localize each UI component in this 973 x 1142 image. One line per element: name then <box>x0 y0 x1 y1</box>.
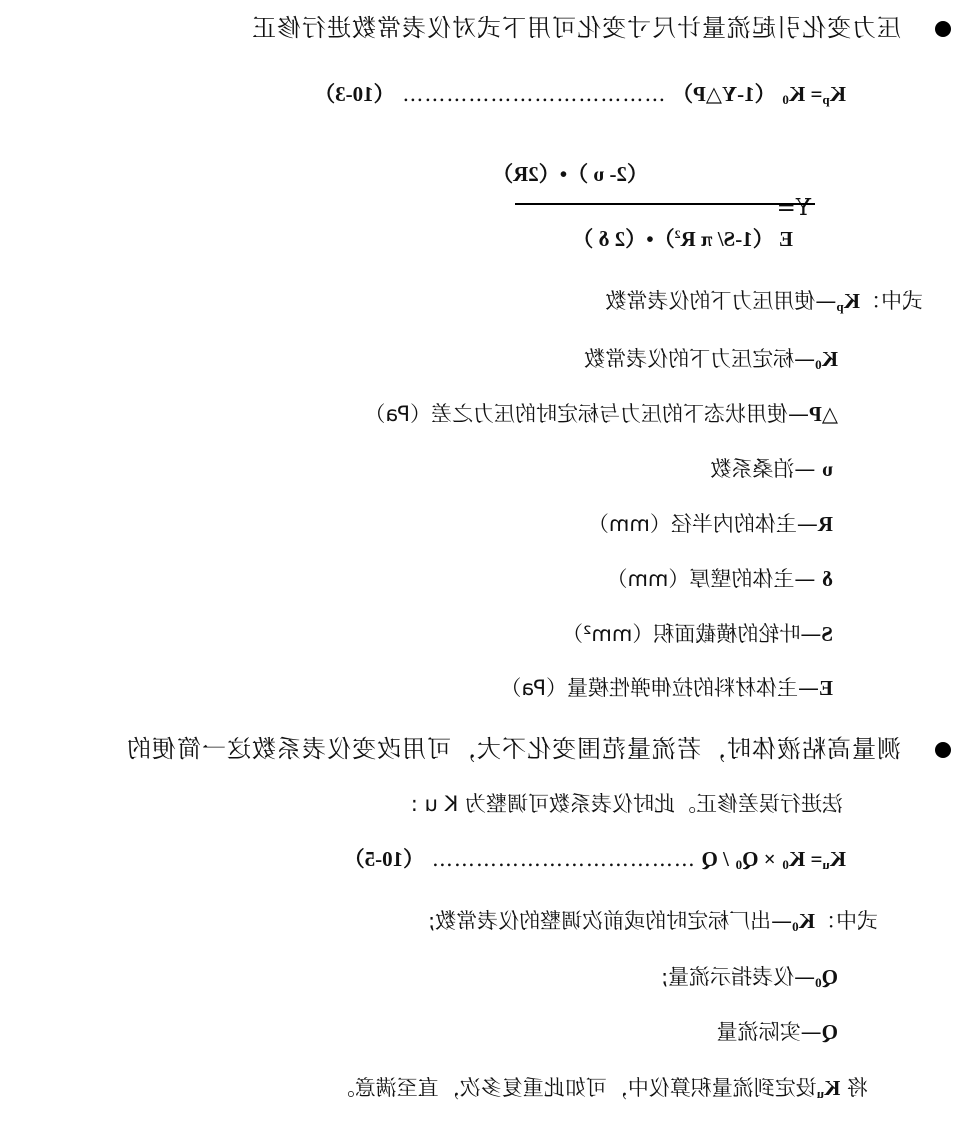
formula-k0-sub: 0 <box>782 92 789 107</box>
def-symbol: △P <box>809 402 838 426</box>
closing-symbol: K <box>824 1076 840 1100</box>
def-symbol: υ <box>822 457 833 481</box>
definition2-k0: 式中：K0—出厂标定时的或前次调整的仪表常数; <box>428 907 878 941</box>
section1-bullet-text: 压力变化引起流量计尺寸变化可用下式对仪表常数进行修正 <box>251 14 901 42</box>
def-desc: —实际流量 <box>717 1020 822 1044</box>
def-symbol: R <box>818 512 833 536</box>
def-symbol: E <box>819 676 833 700</box>
definition-s: S—叶轮的横截面积（mm²） <box>562 620 833 648</box>
def-desc: —主体的内半径（mm） <box>588 512 818 536</box>
formula-10-3: Kp= K0 （1-Y△P） ……………………………… （10-3） <box>314 80 846 114</box>
formula-number: （10-5） <box>344 847 425 871</box>
formula-y-numerator: （2- υ ）•（2R） <box>492 160 648 188</box>
formula-ku: K <box>830 847 846 871</box>
formula-q: / Q <box>702 847 729 871</box>
definition-r: R—主体的内半径（mm） <box>588 510 833 538</box>
denominator-suffix: ）•（2 δ ） <box>572 227 674 251</box>
section2-bullet-line2: 法进行误差修正。此时仪表系数可调整为 K u : <box>411 790 843 818</box>
fraction-line <box>515 203 815 205</box>
bullet-icon <box>935 21 951 37</box>
def-sub: p <box>836 299 843 314</box>
formula-q0: × Q <box>742 847 776 871</box>
def-symbol: S <box>821 622 833 646</box>
def-desc: —泊桑系数 <box>710 457 822 481</box>
def-desc: —使用压力下的仪表常数 <box>605 289 836 313</box>
definition2-q0: Q0—仪表指示流量; <box>661 963 838 997</box>
bullet-icon <box>935 742 951 758</box>
def-desc: —仪表指示流量; <box>661 965 815 989</box>
formula-number: （10-3） <box>314 82 395 106</box>
mirrored-document-page: 压力变化引起流量计尺寸变化可用下式对仪表常数进行修正 Kp= K0 （1-Y△P… <box>0 0 973 1142</box>
closing-text: 设定到流量积算仪中，可如此重复多次，直至满意。 <box>334 1076 817 1100</box>
def-symbol: K <box>799 909 815 933</box>
formula-y-denominator: E （1-S/ π R2）•（2 δ ） <box>572 220 793 253</box>
definition2-q: Q—实际流量 <box>717 1018 838 1046</box>
def-symbol: Q <box>822 1020 838 1044</box>
closing-sub: u <box>817 1086 824 1101</box>
definition-poisson: υ —泊桑系数 <box>710 455 833 483</box>
denominator-prefix: E （1-S/ π R <box>681 227 793 251</box>
formula-10-5: Ku= K0 × Q0 / Q ……………………………… （10-5） <box>344 845 846 879</box>
formula-rhs: （1-Y△P） <box>672 82 776 106</box>
def-symbol: K <box>822 347 838 371</box>
where-label: 式中： <box>815 909 878 933</box>
def-desc: —叶轮的横截面积（mm²） <box>562 622 821 646</box>
def-sub: 0 <box>815 357 822 372</box>
def-desc: —主体的壁厚（mm） <box>607 567 823 591</box>
formula-kp: K <box>830 82 846 106</box>
def-desc: —标定压力下的仪表常数 <box>584 347 815 371</box>
section2-bullet-line1: 测量高粘液体时，若流量范围变化不大，可用改变仪表系数这一简便的 <box>126 735 901 763</box>
formula-k0: = K <box>789 847 823 871</box>
formula-dots: ……………………………… <box>401 82 665 106</box>
def-desc: —主体材料的拉伸弹性模量（Pa） <box>500 676 819 700</box>
def-symbol: δ <box>822 567 833 591</box>
closing-prefix: 将 <box>840 1076 868 1100</box>
definition-delta-p: △P—使用状态下的压力与标定时的压力之差（Pa） <box>364 400 838 428</box>
denominator-sup: 2 <box>675 227 681 241</box>
formula-q0-sub: 0 <box>736 857 743 872</box>
def-desc: —使用状态下的压力与标定时的压力之差（Pa） <box>364 402 809 426</box>
closing-sentence: 将 Ku设定到流量积算仪中，可如此重复多次，直至满意。 <box>334 1074 868 1108</box>
definition-k0: K0—标定压力下的仪表常数 <box>584 345 838 379</box>
definition-e: E—主体材料的拉伸弹性模量（Pa） <box>500 674 833 702</box>
definition-delta: δ —主体的壁厚（mm） <box>607 565 834 593</box>
formula-k0: = K <box>789 82 823 106</box>
formula-k0-sub: 0 <box>782 857 789 872</box>
formula-ku-sub: u <box>822 857 829 872</box>
formula-y-lhs: Y= <box>777 194 811 222</box>
def-desc: —出厂标定时的或前次调整的仪表常数; <box>428 909 792 933</box>
def-symbol: Q <box>822 965 838 989</box>
def-sub: 0 <box>792 919 799 934</box>
definition-kp: 式中：Kp—使用压力下的仪表常数 <box>605 287 923 321</box>
where-label: 式中： <box>860 289 923 313</box>
def-symbol: K <box>844 289 860 313</box>
def-sub: 0 <box>815 975 822 990</box>
formula-dots: ……………………………… <box>431 847 695 871</box>
formula-kp-sub: p <box>822 92 829 107</box>
